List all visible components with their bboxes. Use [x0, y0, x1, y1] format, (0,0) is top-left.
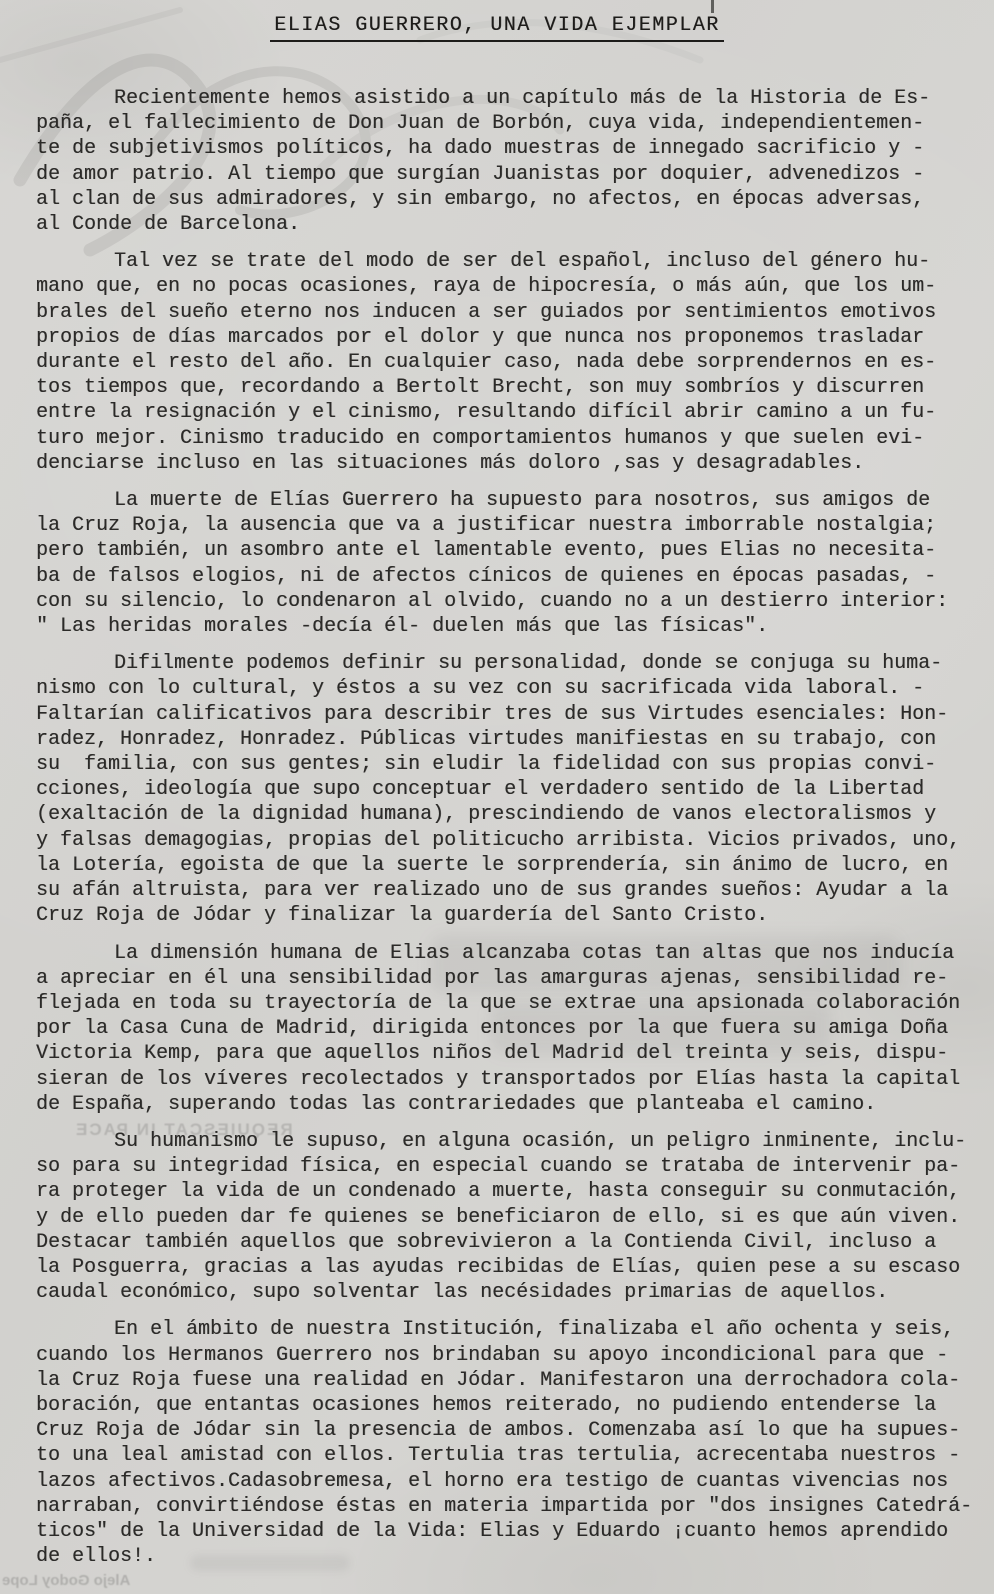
text-line: la Cruz Roja, la ausencia que va a justi… — [36, 513, 980, 538]
text-line: de España, superando todas las contrarie… — [36, 1092, 980, 1117]
text-line: la Lotería, egoista de que la suerte le … — [36, 853, 980, 878]
text-line: a apreciar en él una sensibilidad por la… — [36, 966, 980, 991]
text-line: radez, Honradez, Honradez. Públicas virt… — [36, 727, 980, 752]
text-line: boración, que entantas ocasiones hemos r… — [36, 1393, 980, 1418]
text-line: y falsas demagogias, propias del politic… — [36, 828, 980, 853]
scanned-document-page: REQUIESCAT IN PACE Alejo Godoy Lope ELIA… — [0, 0, 994, 1594]
text-line: su familia, con sus gentes; sin eludir l… — [36, 752, 980, 777]
paragraph-4: Difilmente podemos definir su personalid… — [36, 651, 980, 928]
text-line: pero también, un asombro ante el lamenta… — [36, 538, 980, 563]
scan-mark — [711, 0, 714, 13]
text-line: La muerte de Elías Guerrero ha supuesto … — [36, 488, 980, 513]
text-line: con su silencio, lo condenaron al olvido… — [36, 589, 980, 614]
text-line: de amor patrio. Al tiempo que surgían Ju… — [36, 162, 980, 187]
text-line: durante el resto del año. En cualquier c… — [36, 350, 980, 375]
text-line: al Conde de Barcelona. — [36, 212, 980, 237]
text-line: Faltarían calificativos para describir t… — [36, 702, 980, 727]
text-line: Destacar también aquellos que sobrevivie… — [36, 1230, 980, 1255]
text-line: flejada en toda su trayectoría de la que… — [36, 991, 980, 1016]
text-line: paña, el fallecimiento de Don Juan de Bo… — [36, 111, 980, 136]
paragraph-3: La muerte de Elías Guerrero ha supuesto … — [36, 488, 980, 639]
text-line: ra proteger la vida de un condenado a mu… — [36, 1179, 980, 1204]
paragraph-1: Recientemente hemos asistido a un capítu… — [36, 86, 980, 237]
text-line: mano que, en no pocas ocasiones, raya de… — [36, 274, 980, 299]
text-line: Cruz Roja de Jódar y finalizar la guarde… — [36, 903, 980, 928]
text-line: cuando los Hermanos Guerrero nos brindab… — [36, 1343, 980, 1368]
document-body: Recientemente hemos asistido a un capítu… — [36, 86, 980, 1581]
text-line: Cruz Roja de Jódar sin la presencia de a… — [36, 1418, 980, 1443]
text-line: En el ámbito de nuestra Institución, fin… — [36, 1317, 980, 1342]
text-line: narraban, convirtiéndose éstas en materi… — [36, 1494, 980, 1519]
text-line: Victoria Kemp, para que aquellos niños d… — [36, 1041, 980, 1066]
text-line: ba de falsos elogios, ni de afectos cíni… — [36, 564, 980, 589]
text-line: turo mejor. Cinismo traducido en comport… — [36, 426, 980, 451]
text-line: denciarse incluso en las situaciones más… — [36, 451, 980, 476]
paragraph-7: En el ámbito de nuestra Institución, fin… — [36, 1317, 980, 1569]
text-line: Recientemente hemos asistido a un capítu… — [36, 86, 980, 111]
document-title: ELIAS GUERRERO, UNA VIDA EJEMPLAR — [270, 14, 724, 42]
text-line: so para su integridad física, en especia… — [36, 1154, 980, 1179]
text-line: ticos" de la Universidad de la Vida: Eli… — [36, 1519, 980, 1544]
text-line: brales del sueño eterno nos inducen a se… — [36, 300, 980, 325]
paragraph-6: Su humanismo le supuso, en alguna ocasió… — [36, 1129, 980, 1305]
text-line: caudal económico, supo solventar las nec… — [36, 1280, 980, 1305]
text-line: tos tiempos que, recordando a Bertolt Br… — [36, 375, 980, 400]
text-line: lazos afectivos.Cadasobremesa, el horno … — [36, 1469, 980, 1494]
text-line: " Las heridas morales -decía él- duelen … — [36, 614, 980, 639]
text-line: la Posguerra, gracias a las ayudas recib… — [36, 1255, 980, 1280]
text-line: cciones, ideología que supo conceptuar e… — [36, 777, 980, 802]
text-line: su afán altruista, para ver realizado un… — [36, 878, 980, 903]
text-line: (exaltación de la dignidad humana), pres… — [36, 802, 980, 827]
text-line: por la Casa Cuna de Madrid, dirigida ent… — [36, 1016, 980, 1041]
text-line: entre la resignación y el cinismo, resul… — [36, 400, 980, 425]
text-line: la Cruz Roja fuese una realidad en Jódar… — [36, 1368, 980, 1393]
paragraph-5: La dimensión humana de Elias alcanzaba c… — [36, 941, 980, 1117]
text-line: te de subjetivismos políticos, ha dado m… — [36, 136, 980, 161]
text-line: sieran de los víveres recolectados y tra… — [36, 1067, 980, 1092]
text-line: de ellos!. — [36, 1544, 980, 1569]
text-line: Su humanismo le supuso, en alguna ocasió… — [36, 1129, 980, 1154]
text-line: La dimensión humana de Elias alcanzaba c… — [36, 941, 980, 966]
text-line: Tal vez se trate del modo de ser del esp… — [36, 249, 980, 274]
text-line: propios de días marcados por el dolor y … — [36, 325, 980, 350]
text-line: Difilmente podemos definir su personalid… — [36, 651, 980, 676]
text-line: nismo con lo cultural, y éstos a su vez … — [36, 676, 980, 701]
paragraph-2: Tal vez se trate del modo de ser del esp… — [36, 249, 980, 476]
text-line: to una leal amistad con ellos. Tertulia … — [36, 1443, 980, 1468]
text-line: al clan de sus admiradores, y sin embarg… — [36, 187, 980, 212]
title-row: ELIAS GUERRERO, UNA VIDA EJEMPLAR — [0, 14, 994, 42]
text-line: y de ello pueden dar fe quienes se benef… — [36, 1205, 980, 1230]
